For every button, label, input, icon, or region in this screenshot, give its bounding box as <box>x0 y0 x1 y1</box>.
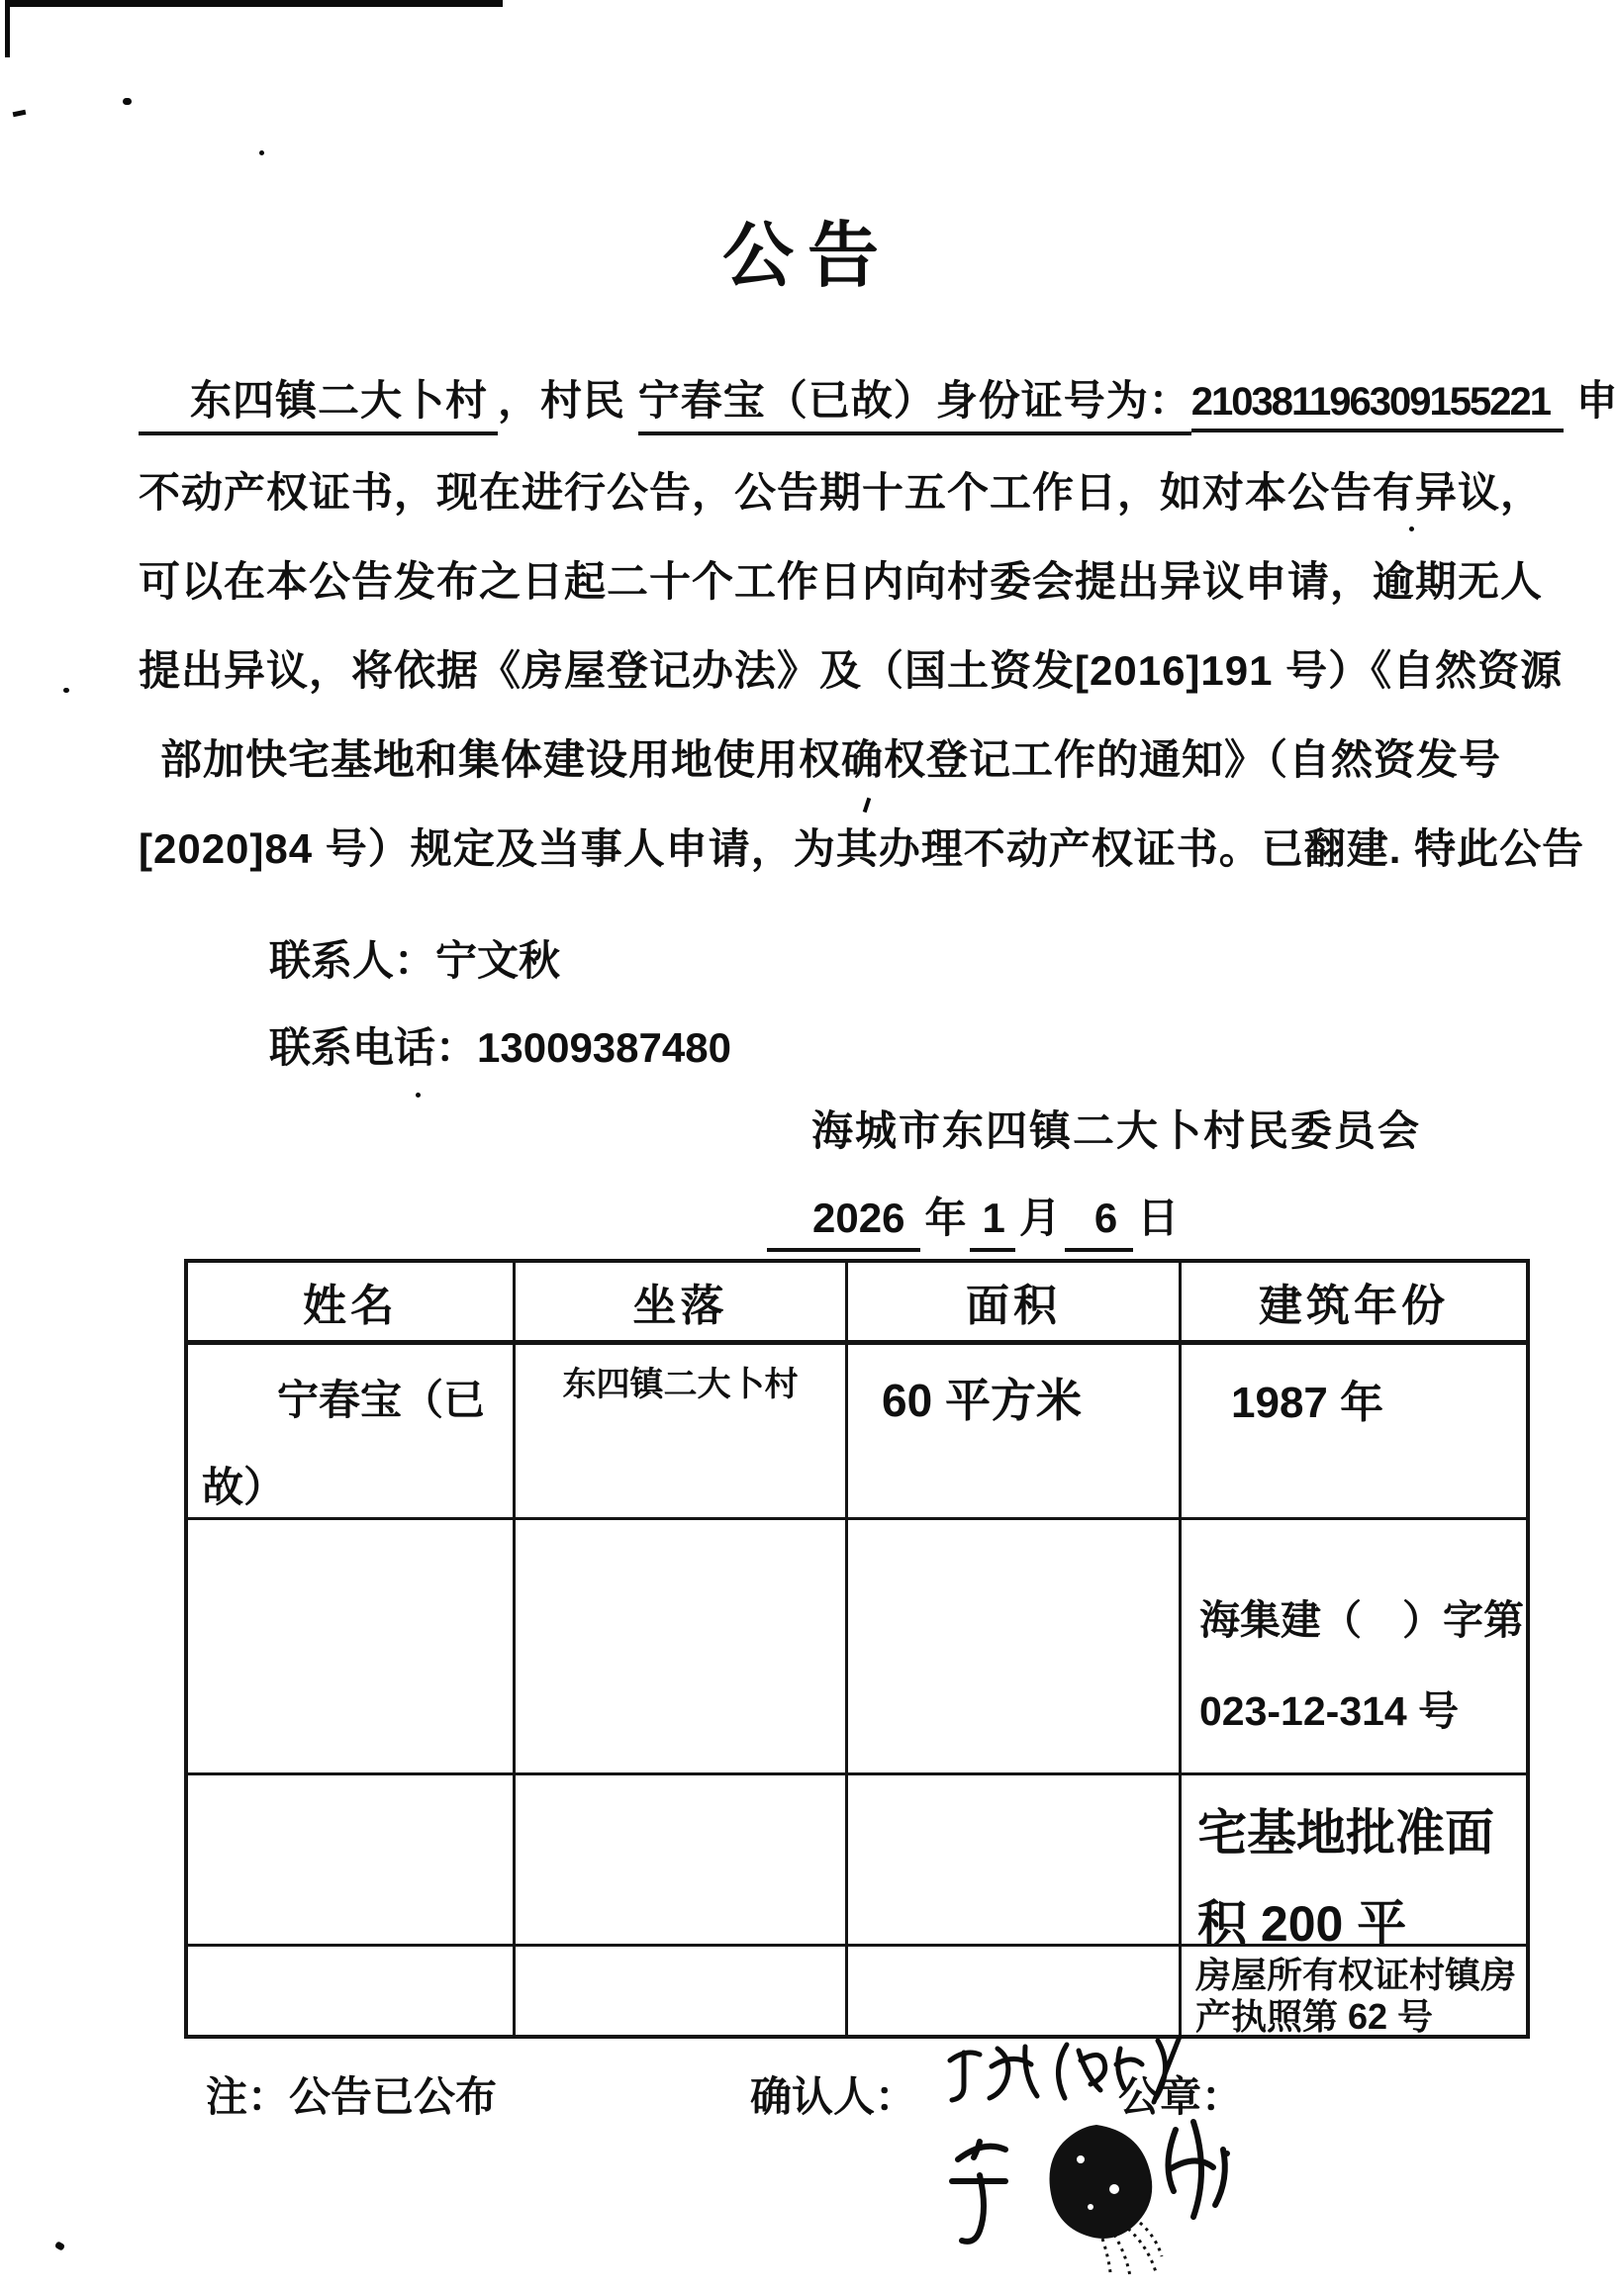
cell-area: 60 平方米 <box>848 1345 1182 1520</box>
property-table: 姓名 坐落 面积 建筑年份 宁春宝（已 故） 东四镇二大卜村 60 平方米 19… <box>184 1259 1530 2039</box>
date-year-unit: 年 <box>924 1195 966 1241</box>
permit-number-line2: 023-12-314 号 <box>1199 1666 1522 1757</box>
cell-approved-area: 宅基地批准面 积 200 平 <box>1182 1775 1526 1947</box>
paragraph-line-6: [2020]84 号）规定及当事人申请，为其办理不动产权证书。已翻建. 特此公告 <box>139 816 1584 876</box>
scan-top-line <box>8 0 503 7</box>
cell-location: 东四镇二大卜村 <box>516 1345 848 1520</box>
scan-left-tick <box>5 0 10 57</box>
scan-speck <box>1409 526 1414 531</box>
scan-speck <box>416 1093 421 1098</box>
owner-name-line2: 故） <box>202 1450 507 1520</box>
fingerprint-stamp <box>1050 2125 1163 2276</box>
approved-area-line2: 积 200 平 <box>1197 1878 1526 1947</box>
date-day-unit: 日 <box>1137 1195 1179 1241</box>
ownership-cert-line1: 房屋所有权证村镇房 <box>1195 1955 1524 1996</box>
permit-number-line1: 海集建（ ）字第 <box>1199 1575 1522 1666</box>
empty-cell <box>516 1520 848 1775</box>
cell-permit-number: 海集建（ ）字第 023-12-314 号 <box>1182 1520 1526 1775</box>
empty-cell <box>188 1775 516 1947</box>
paragraph-line-2: 不动产权证书，现在进行公告，公告期十五个工作日，如对本公告有异议， <box>139 460 1543 520</box>
cell-ownership-cert: 房屋所有权证村镇房 产执照第 62 号 <box>1182 1947 1526 2035</box>
table-header-name: 姓名 <box>188 1263 516 1345</box>
contact-person-value: 宁文秋 <box>435 937 560 984</box>
empty-cell <box>188 1520 516 1775</box>
page-title: 公告 <box>0 198 1615 301</box>
scanned-announcement-page: 公告 东四镇二大卜村，村民 宁春宝（已故）身份证号为：2103811963091… <box>0 0 1615 2296</box>
issuer-committee: 海城市东四镇二大卜村民委员会 <box>811 1099 1421 1158</box>
ink-dot <box>1224 2151 1230 2156</box>
contact-phone-label: 联系电话： <box>269 1024 477 1071</box>
approved-area-line1: 宅基地批准面 <box>1197 1787 1526 1878</box>
scan-speck <box>123 98 132 105</box>
contact-phone-value: 13009387480 <box>477 1024 731 1071</box>
contact-person-line: 联系人：宁文秋 <box>269 928 560 988</box>
scan-speck <box>863 798 871 813</box>
scan-speck <box>54 2241 65 2251</box>
footer-note: 注：公告已公布 <box>206 2064 497 2124</box>
handwritten-signature-area <box>831 2031 1267 2296</box>
ownership-cert-line2: 产执照第 62 号 <box>1195 1996 1524 2035</box>
signature-scribble-top <box>950 2037 1180 2102</box>
table-header-year: 建筑年份 <box>1182 1263 1526 1345</box>
owner-name-line1: 宁春宝（已 <box>202 1363 507 1438</box>
date-year-blank: 2026 <box>767 1195 920 1252</box>
date-day-blank: 6 <box>1065 1195 1133 1252</box>
paragraph-line-5: 部加快宅基地和集体建设用地使用权确权登记工作的通知》（自然资发号 <box>160 727 1501 787</box>
empty-cell <box>516 1947 848 2035</box>
blank-village-name: 东四镇二大卜村 <box>139 368 498 435</box>
paragraph-line-1: 东四镇二大卜村，村民 宁春宝（已故）身份证号为：2103811963091552… <box>139 368 1615 435</box>
contact-phone-line: 联系电话：13009387480 <box>269 1015 731 1075</box>
empty-cell <box>516 1775 848 1947</box>
empty-cell <box>188 1947 516 2035</box>
table-header-location: 坐落 <box>516 1263 848 1345</box>
cell-build-year: 1987 年 <box>1182 1345 1526 1520</box>
blank-person-name: 宁春宝（已故）身份证号为： <box>638 368 1191 435</box>
date-month-blank: 1 <box>970 1195 1014 1252</box>
scan-speck <box>63 688 69 693</box>
paragraph-line-4: 提出异议，将依据《房屋登记办法》及（国土资发[2016]191 号）《自然资源 <box>139 638 1563 698</box>
table-header-area: 面积 <box>848 1263 1182 1345</box>
date-month-unit: 月 <box>1019 1195 1061 1241</box>
scan-speck <box>259 150 264 155</box>
scan-speck <box>13 110 27 118</box>
issue-date-line: 2026年1月6日 <box>767 1186 1183 1252</box>
line1-tail-text: 申请办理 <box>1576 377 1615 424</box>
blank-id-number: 210381196309155221 <box>1191 380 1564 432</box>
empty-cell <box>848 1520 1182 1775</box>
line1-middle-text: ，村民 <box>498 377 625 424</box>
paragraph-line-3: 可以在本公告发布之日起二十个工作日内向村委会提出异议申请，逾期无人 <box>139 549 1543 609</box>
empty-cell <box>848 1775 1182 1947</box>
empty-cell <box>848 1947 1182 2035</box>
cell-owner-name: 宁春宝（已 故） <box>188 1345 516 1520</box>
contact-person-label: 联系人： <box>269 937 435 984</box>
